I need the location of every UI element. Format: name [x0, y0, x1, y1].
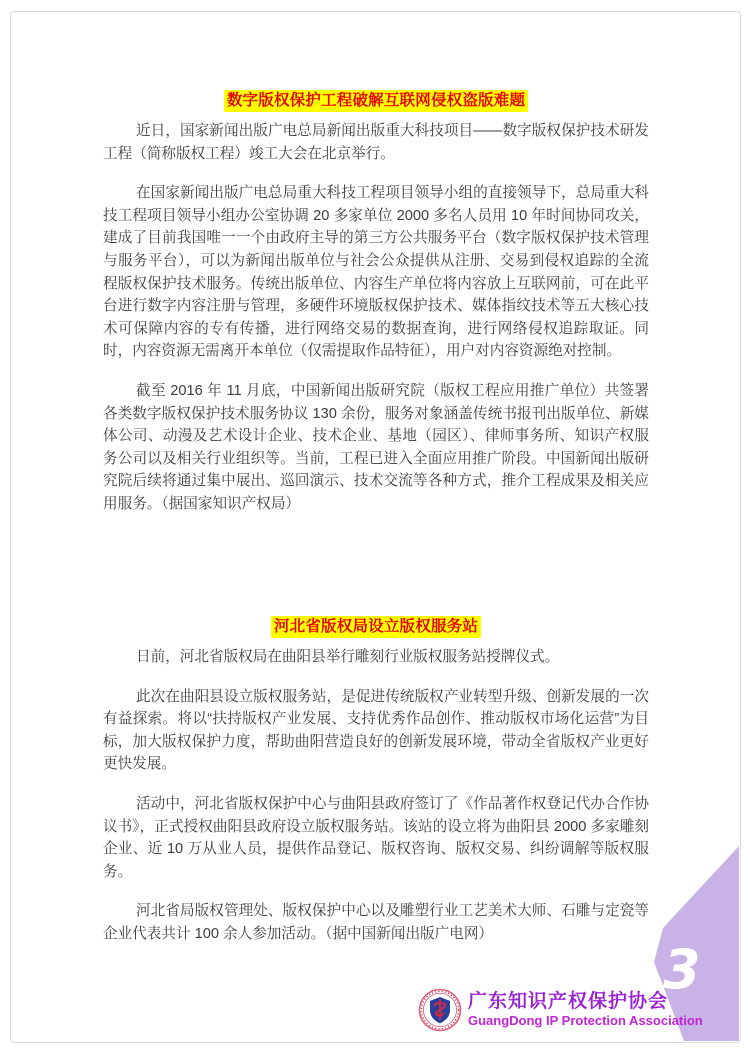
article-paragraph: 日前，河北省版权局在曲阳县举行雕刻行业版权服务站授牌仪式。 — [103, 646, 649, 669]
association-name-en: GuangDong IP Protection Association — [468, 1013, 703, 1029]
article-hebei-service-station: 河北省版权局设立版权服务站 日前，河北省版权局在曲阳县举行雕刻行业版权服务站授牌… — [103, 610, 649, 946]
article-digital-copyright: 数字版权保护工程破解互联网侵权盗版难题 近日，国家新闻出版广电总局新闻出版重大科… — [103, 84, 649, 516]
footer: 广东知识产权保护协会 GuangDong IP Protection Assoc… — [418, 986, 703, 1034]
article-paragraph: 在国家新闻出版广电总局重大科技工程项目领导小组的直接领导下，总局重大科技工程项目… — [103, 182, 649, 363]
article-paragraph: 截至 2016 年 11 月底，中国新闻出版研究院（版权工程应用推广单位）共签署… — [103, 380, 649, 516]
article-paragraph: 近日，国家新闻出版广电总局新闻出版重大科技项目——数字版权保护技术研发工程（简称… — [103, 120, 649, 165]
association-name-cn: 广东知识产权保护协会 — [468, 991, 703, 1013]
article-paragraph: 此次在曲阳县设立版权服务站，是促进传统版权产业转型升级、创新发展的一次有益探索。… — [103, 686, 649, 776]
association-logo-icon — [418, 988, 462, 1032]
article-title-highlight: 河北省版权局设立版权服务站 — [271, 616, 481, 638]
association-name: 广东知识产权保护协会 GuangDong IP Protection Assoc… — [468, 991, 703, 1029]
article-title: 河北省版权局设立版权服务站 — [103, 610, 649, 638]
article-title-highlight: 数字版权保护工程破解互联网侵权盗版难题 — [224, 90, 528, 112]
article-title: 数字版权保护工程破解互联网侵权盗版难题 — [103, 84, 649, 112]
article-paragraph: 活动中，河北省版权保护中心与曲阳县政府签订了《作品著作权登记代办合作协议书》，正… — [103, 793, 649, 883]
article-paragraph: 河北省局版权管理处、版权保护中心以及雕塑行业工艺美术大师、石雕与定瓷等企业代表共… — [103, 900, 649, 945]
